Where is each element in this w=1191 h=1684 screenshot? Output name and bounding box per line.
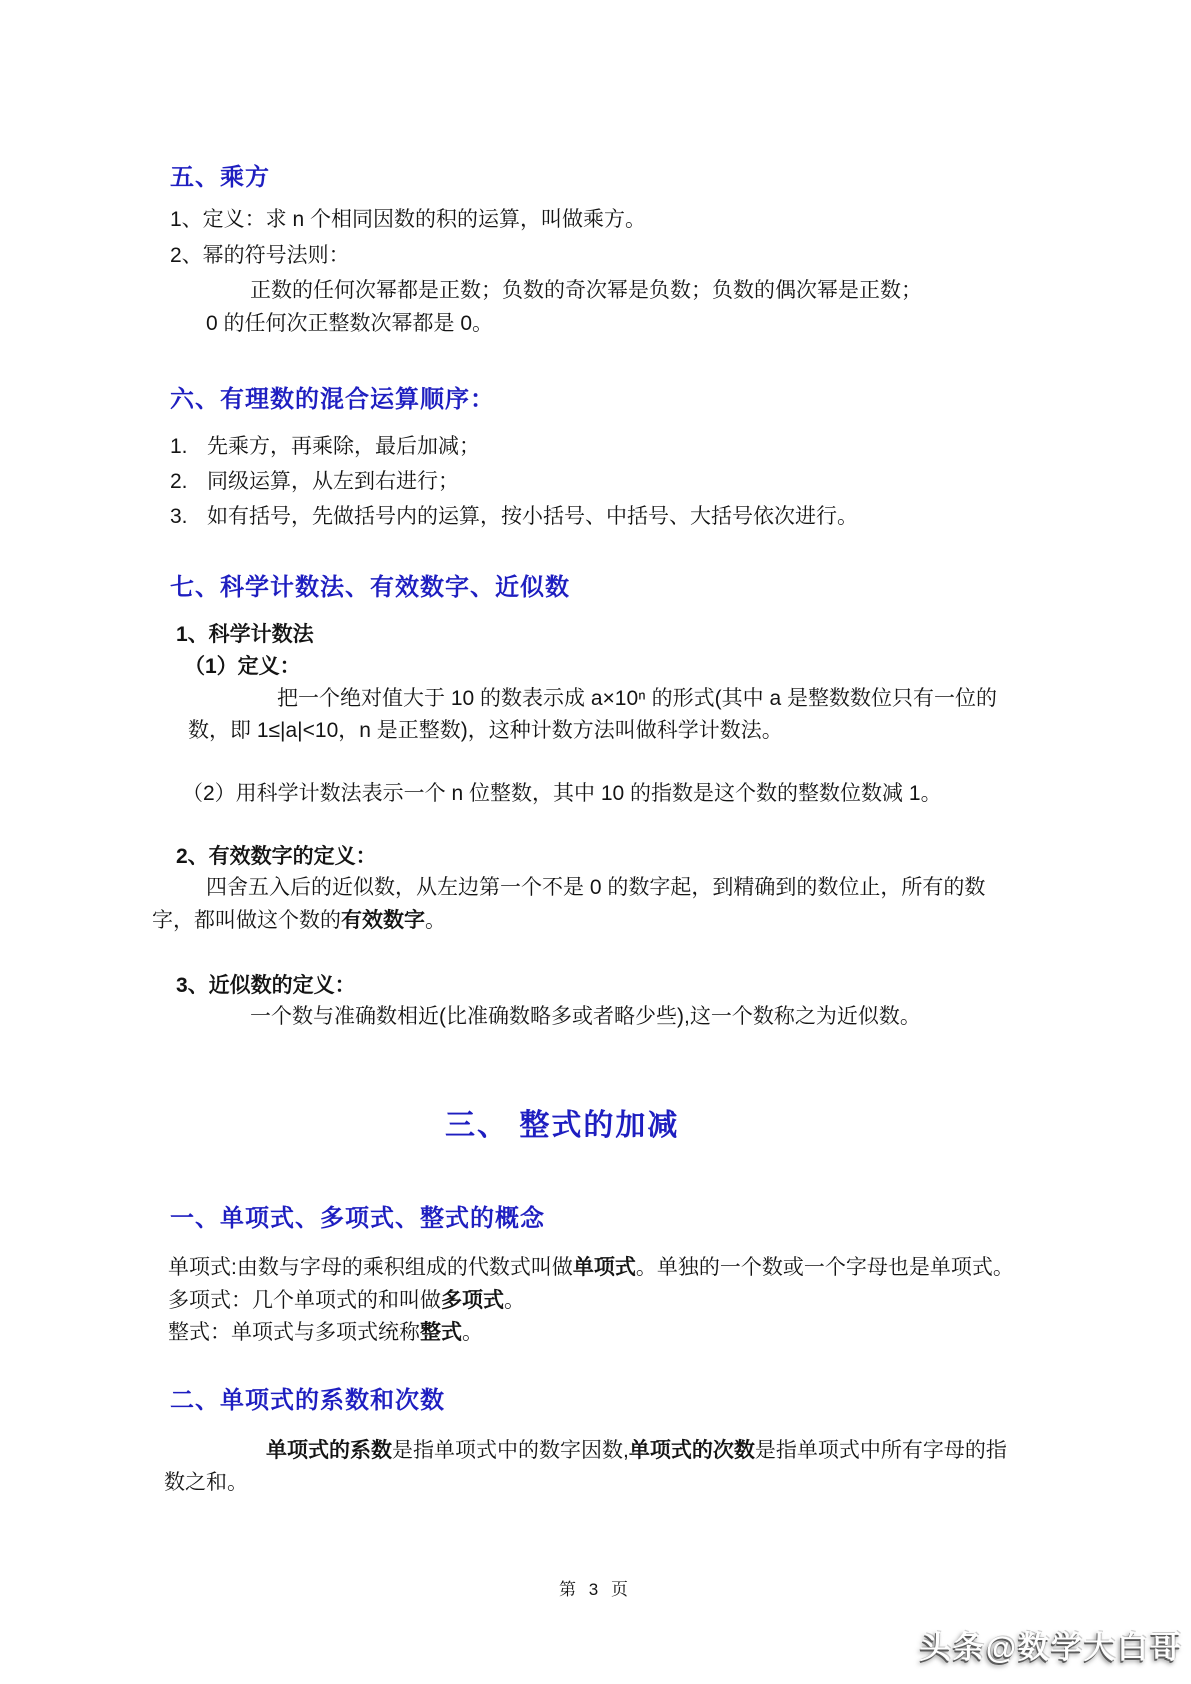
list-text: 先乘方，再乘除，最后加减； bbox=[207, 435, 480, 458]
powers-sign-rule-line-2: 0 的任何次正整数次幂都是 0。 bbox=[206, 309, 493, 339]
list-text: 如有括号，先做括号内的运算，按小括号、中括号、大括号依次进行。 bbox=[207, 505, 858, 528]
scientific-notation-def-line-1: 把一个绝对值大于 10 的数表示成 a×10ⁿ 的形式(其中 a 是整数数位只有… bbox=[277, 684, 997, 714]
text-segment: 。 bbox=[504, 1289, 525, 1312]
coefficient-degree-line-2: 数之和。 bbox=[164, 1468, 248, 1498]
bold-term: 有效数字 bbox=[341, 909, 425, 932]
scientific-notation-title: 1、科学计数法 bbox=[176, 618, 314, 648]
bold-term: 单项式的系数 bbox=[266, 1439, 392, 1462]
text-segment: 字，都叫做这个数的 bbox=[152, 909, 341, 932]
polynomial-definition-line: 多项式：几个单项式的和叫做多项式。 bbox=[168, 1286, 525, 1316]
monomial-definition-line: 单项式:由数与字母的乘积组成的代数式叫做单项式。单独的一个数或一个字母也是单项式… bbox=[168, 1253, 1014, 1283]
text-segment: 多项式：几个单项式的和叫做 bbox=[168, 1289, 441, 1312]
powers-sign-rule-label: 2、幂的符号法则： bbox=[170, 241, 350, 271]
document-page: 五、乘方 1、定义：求 n 个相同因数的积的运算，叫做乘方。 2、幂的符号法则：… bbox=[0, 0, 1191, 1684]
text-segment: 单项式:由数与字母的乘积组成的代数式叫做 bbox=[168, 1256, 573, 1279]
scientific-notation-def-line-2: 数，即 1≤|a|<10，n 是正整数)，这种计数方法叫做科学计数法。 bbox=[188, 716, 783, 746]
list-number: 3. bbox=[170, 502, 207, 532]
text-segment: 整式：单项式与多项式统称 bbox=[168, 1321, 420, 1344]
bold-term: 整式 bbox=[420, 1321, 462, 1344]
mixed-operations-item-2: 2.同级运算，从左到右进行； bbox=[170, 467, 459, 497]
coefficient-degree-heading: 二、单项式的系数和次数 bbox=[170, 1380, 445, 1415]
chapter-heading: 三、 整式的加减 bbox=[445, 1100, 679, 1144]
list-number: 1. bbox=[170, 432, 207, 462]
list-text: 同级运算，从左到右进行； bbox=[207, 470, 459, 493]
section-6-heading: 六、有理数的混合运算顺序： bbox=[170, 379, 495, 414]
concepts-heading: 一、单项式、多项式、整式的概念 bbox=[170, 1198, 545, 1233]
text-segment: 。 bbox=[462, 1321, 483, 1344]
page-number: 第 3 页 bbox=[0, 1575, 1191, 1600]
significant-figures-title: 2、有效数字的定义： bbox=[176, 840, 377, 870]
bold-term: 多项式 bbox=[441, 1289, 504, 1312]
scientific-notation-def-label: （1）定义： bbox=[184, 650, 301, 680]
coefficient-degree-line-1: 单项式的系数是指单项式中的数字因数,单项式的次数是指单项式中所有字母的指 bbox=[266, 1436, 1007, 1466]
watermark-toutiao: 头条@数学大白哥 bbox=[920, 1622, 1183, 1667]
powers-definition-line: 1、定义：求 n 个相同因数的积的运算，叫做乘方。 bbox=[170, 205, 646, 235]
scientific-notation-item-2: （2）用科学计数法表示一个 n 位整数，其中 10 的指数是这个数的整数位数减 … bbox=[182, 779, 942, 809]
text-segment: 。单独的一个数或一个字母也是单项式。 bbox=[636, 1256, 1014, 1279]
text-segment: 是指单项式中所有字母的指 bbox=[755, 1439, 1007, 1462]
list-number: 2. bbox=[170, 467, 207, 497]
significant-figures-line-1: 四舍五入后的近似数，从左边第一个不是 0 的数字起，到精确到的数位止，所有的数 bbox=[206, 873, 985, 903]
significant-figures-line-2: 字，都叫做这个数的有效数字。 bbox=[152, 906, 446, 936]
bold-term: 单项式的次数 bbox=[629, 1439, 755, 1462]
mixed-operations-item-1: 1.先乘方，再乘除，最后加减； bbox=[170, 432, 480, 462]
text-segment: 。 bbox=[425, 909, 446, 932]
section-5-heading: 五、乘方 bbox=[170, 157, 270, 192]
approximate-number-title: 3、近似数的定义： bbox=[176, 969, 356, 999]
section-7-heading: 七、科学计数法、有效数字、近似数 bbox=[170, 567, 570, 602]
text-segment: 是指单项式中的数字因数, bbox=[392, 1439, 629, 1462]
approximate-number-line: 一个数与准确数相近(比准确数略多或者略少些),这一个数称之为近似数。 bbox=[250, 1002, 921, 1032]
integral-expression-definition-line: 整式：单项式与多项式统称整式。 bbox=[168, 1318, 483, 1348]
powers-sign-rule-line-1: 正数的任何次幂都是正数；负数的奇次幂是负数；负数的偶次幂是正数； bbox=[250, 276, 922, 306]
mixed-operations-item-3: 3.如有括号，先做括号内的运算，按小括号、中括号、大括号依次进行。 bbox=[170, 502, 858, 532]
bold-term: 单项式 bbox=[573, 1256, 636, 1279]
